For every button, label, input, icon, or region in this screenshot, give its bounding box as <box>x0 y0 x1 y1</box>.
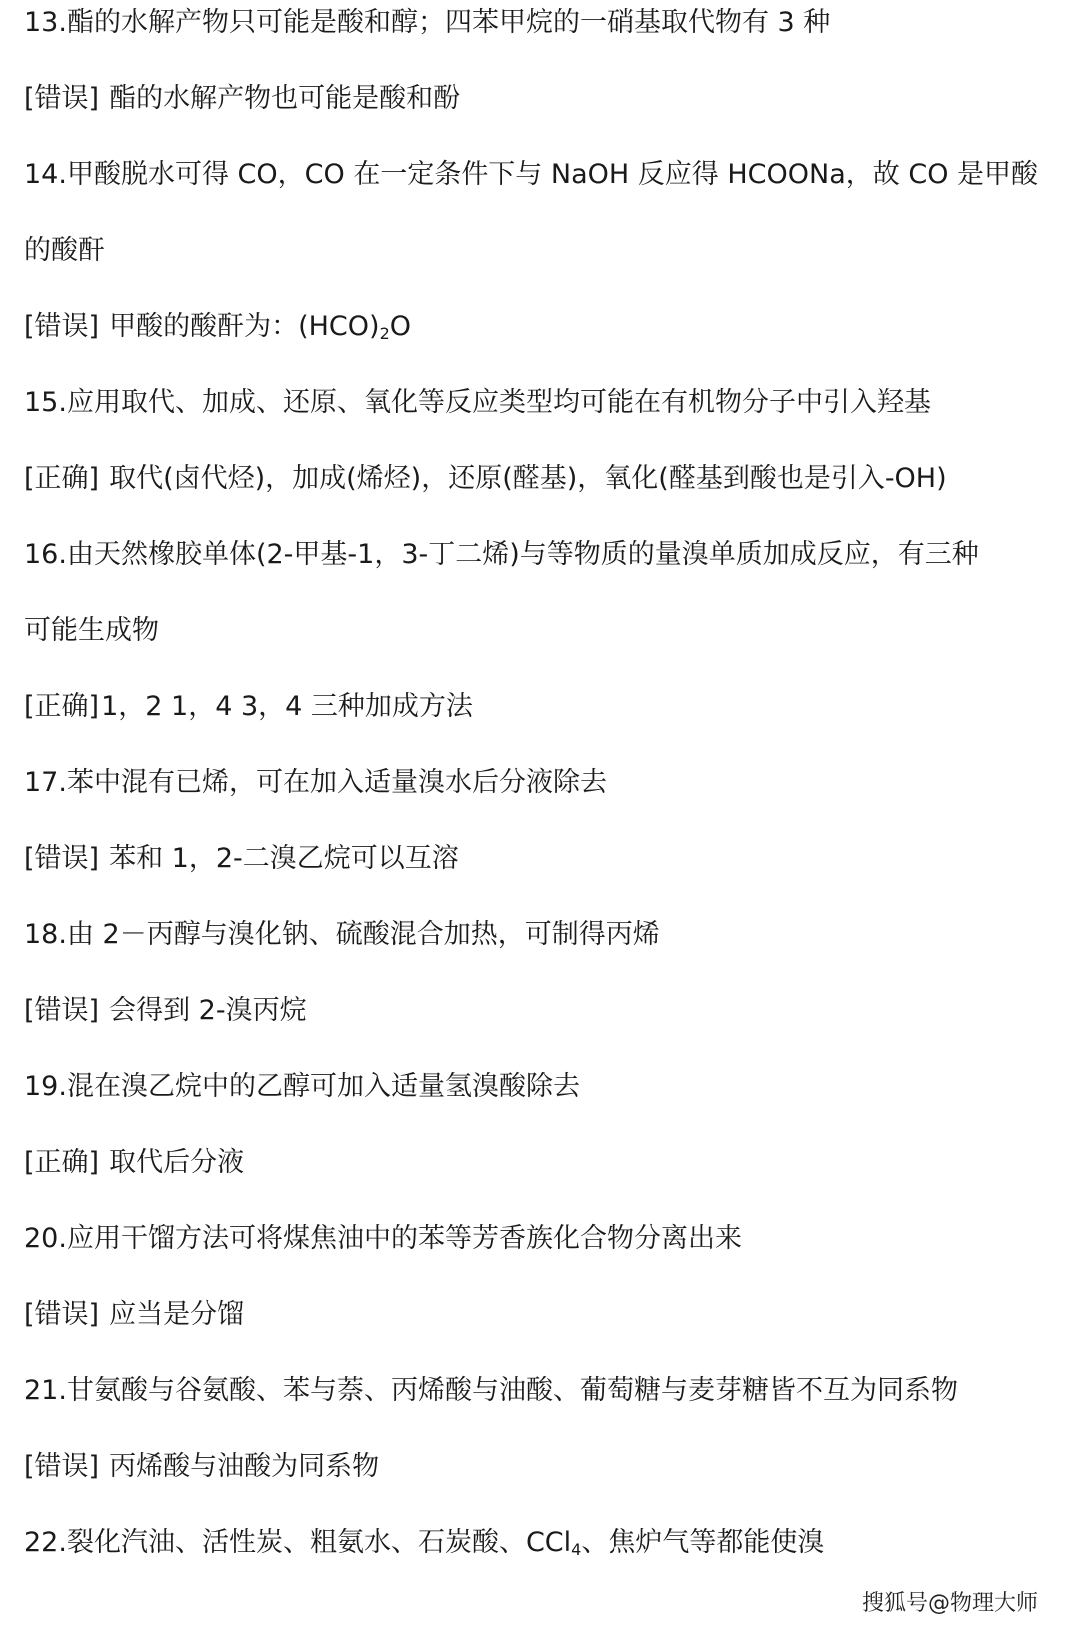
watermark: 搜狐号@物理大师 <box>858 1588 1042 1620</box>
question-text-after: 、焦炉气等都能使溴 <box>581 1527 824 1558</box>
answer-16: [正确]1，2 1，4 3，4 三种加成方法 <box>24 687 473 727</box>
verdict-tag: [错误] <box>24 1451 99 1482</box>
question-text: 13.酯的水解产物只可能是酸和醇；四苯甲烷的一硝基取代物有 3 种 <box>24 7 830 38</box>
question-18: 18.由 2－丙醇与溴化钠、硫酸混合加热，可制得丙烯 <box>24 915 660 955</box>
answer-text: 酯的水解产物也可能是酸和酚 <box>109 83 460 114</box>
question-text: 20.应用干馏方法可将煤焦油中的苯等芳香族化合物分离出来 <box>24 1223 742 1254</box>
answer-17: [错误]苯和 1，2-二溴乙烷可以互溶 <box>24 839 459 879</box>
question-13: 13.酯的水解产物只可能是酸和醇；四苯甲烷的一硝基取代物有 3 种 <box>24 3 830 43</box>
verdict-tag: [正确] <box>24 463 99 494</box>
answer-text: 取代后分液 <box>109 1147 244 1178</box>
question-text: 16.由天然橡胶单体(2-甲基-1，3-丁二烯)与等物质的量溴单质加成反应，有三… <box>24 539 979 570</box>
answer-15: [正确]取代(卤代烃)，加成(烯烃)，还原(醛基)，氧化(醛基到酸也是引入-OH… <box>24 459 947 499</box>
question-text: 可能生成物 <box>24 615 159 646</box>
verdict-tag: [正确] <box>24 1147 99 1178</box>
answer-14: [错误]甲酸的酸酐为：(HCO)2O <box>24 307 411 347</box>
question-17: 17.苯中混有已烯，可在加入适量溴水后分液除去 <box>24 763 607 803</box>
question-14: 14.甲酸脱水可得 CO，CO 在一定条件下与 NaOH 反应得 HCOONa，… <box>24 155 1038 195</box>
answer-text: 会得到 2-溴丙烷 <box>109 995 307 1026</box>
verdict-tag: [错误] <box>24 995 99 1026</box>
answer-text: 应当是分馏 <box>109 1299 244 1330</box>
question-text: 18.由 2－丙醇与溴化钠、硫酸混合加热，可制得丙烯 <box>24 919 660 950</box>
subscript: 2 <box>380 324 390 343</box>
question-19: 19.混在溴乙烷中的乙醇可加入适量氢溴酸除去 <box>24 1067 580 1107</box>
question-text: 21.甘氨酸与谷氨酸、苯与萘、丙烯酸与油酸、葡萄糖与麦芽糖皆不互为同系物 <box>24 1375 958 1406</box>
question-21: 21.甘氨酸与谷氨酸、苯与萘、丙烯酸与油酸、葡萄糖与麦芽糖皆不互为同系物 <box>24 1371 958 1411</box>
subscript: 4 <box>571 1540 581 1559</box>
question-text: 15.应用取代、加成、还原、氧化等反应类型均可能在有机物分子中引入羟基 <box>24 387 931 418</box>
verdict-tag: [错误] <box>24 1299 99 1330</box>
answer-20: [错误]应当是分馏 <box>24 1295 244 1335</box>
answer-text: 甲酸的酸酐为：(HCO) <box>109 311 379 342</box>
answer-13: [错误]酯的水解产物也可能是酸和酚 <box>24 79 460 119</box>
answer-21: [错误]丙烯酸与油酸为同系物 <box>24 1447 379 1487</box>
verdict-tag: [错误] <box>24 311 99 342</box>
answer-text: 1，2 1，4 3，4 三种加成方法 <box>101 691 473 722</box>
question-text: 19.混在溴乙烷中的乙醇可加入适量氢溴酸除去 <box>24 1071 580 1102</box>
document-page: 13.酯的水解产物只可能是酸和醇；四苯甲烷的一硝基取代物有 3 种 [错误]酯的… <box>0 0 1080 1628</box>
question-20: 20.应用干馏方法可将煤焦油中的苯等芳香族化合物分离出来 <box>24 1219 742 1259</box>
question-22: 22.裂化汽油、活性炭、粗氨水、石炭酸、CCl4、焦炉气等都能使溴 <box>24 1523 824 1563</box>
question-text: 17.苯中混有已烯，可在加入适量溴水后分液除去 <box>24 767 607 798</box>
verdict-tag: [错误] <box>24 843 99 874</box>
answer-text: 丙烯酸与油酸为同系物 <box>109 1451 379 1482</box>
answer-text: 取代(卤代烃)，加成(烯烃)，还原(醛基)，氧化(醛基到酸也是引入-OH) <box>109 463 947 494</box>
answer-18: [错误]会得到 2-溴丙烷 <box>24 991 307 1031</box>
question-text: 14.甲酸脱水可得 CO，CO 在一定条件下与 NaOH 反应得 HCOONa，… <box>24 159 1038 190</box>
verdict-tag: [正确] <box>24 691 99 722</box>
answer-text: 苯和 1，2-二溴乙烷可以互溶 <box>109 843 459 874</box>
question-text: 的酸酐 <box>24 235 105 266</box>
question-16-continued: 可能生成物 <box>24 611 159 651</box>
verdict-tag: [错误] <box>24 83 99 114</box>
question-14-continued: 的酸酐 <box>24 231 105 271</box>
question-15: 15.应用取代、加成、还原、氧化等反应类型均可能在有机物分子中引入羟基 <box>24 383 931 423</box>
answer-text-after: O <box>390 311 411 342</box>
question-16: 16.由天然橡胶单体(2-甲基-1，3-丁二烯)与等物质的量溴单质加成反应，有三… <box>24 535 979 575</box>
question-text: 22.裂化汽油、活性炭、粗氨水、石炭酸、CCl <box>24 1527 571 1558</box>
answer-19: [正确]取代后分液 <box>24 1143 244 1183</box>
